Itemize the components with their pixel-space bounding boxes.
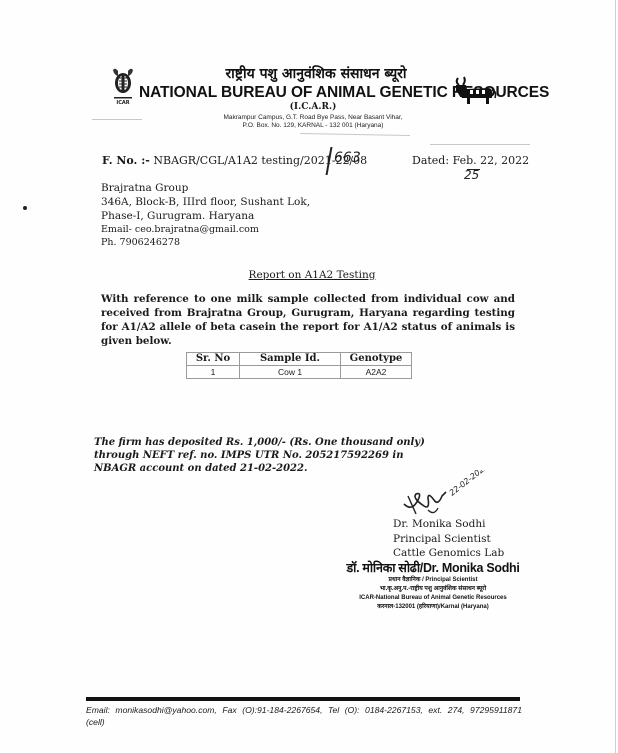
scan-artifact-line	[430, 144, 530, 145]
dated-label: Dated:	[412, 154, 449, 167]
date-year: , 2022	[494, 154, 529, 167]
recipient-email: Email- ceo.brajratna@gmail.com	[101, 223, 310, 236]
letter-date: Dated: Feb. 22, 2022	[412, 154, 529, 167]
parent-org: (I.C.A.R.)	[0, 102, 618, 112]
recipient-name: Brajratna Group	[101, 181, 310, 195]
table-row: 1 Cow 1 A2A2	[187, 366, 412, 379]
payment-note-line3: NBAGR account on dated 21-02-2022.	[94, 462, 425, 475]
payment-note-line2: through NEFT ref. no. IMPS UTR No. 20521…	[94, 449, 425, 462]
signatory-designation: Principal Scientist	[393, 532, 504, 547]
cell-genotype: A2A2	[341, 366, 412, 379]
stamp-location: करनाल-132001 (हरियाणा)/Karnal (Haryana)	[340, 603, 526, 612]
recipient-phone: Ph. 7906246278	[101, 236, 310, 249]
results-table: Sr. No Sample Id. Genotype 1 Cow 1 A2A2	[186, 352, 412, 379]
report-title: Report on A1A2 Testing	[0, 269, 618, 281]
stamp-org-hindi: भा.कृ.अनु.प.-राष्ट्रीय पशु आनुवंशिक संसा…	[340, 585, 526, 594]
file-number-label: F. No. :-	[102, 154, 150, 167]
official-stamp: डॉ. मोनिका सोढी/Dr. Monika Sodhi प्रधान …	[340, 561, 526, 612]
signatory-block: Dr. Monika Sodhi Principal Scientist Cat…	[393, 517, 504, 561]
signatory-lab: Cattle Genomics Lab	[393, 546, 504, 561]
footer-contact: Email: monikasodhi@yahoo.com, Fax (O):91…	[86, 704, 522, 728]
report-body: With reference to one milk sample collec…	[101, 292, 515, 348]
svg-text:22-02-2022: 22-02-2022	[448, 470, 490, 498]
page-edge	[615, 0, 616, 753]
signatory-name: Dr. Monika Sodhi	[393, 517, 504, 532]
footer-divider	[86, 697, 520, 701]
cell-sr-no: 1	[187, 366, 240, 379]
recipient-address: Brajratna Group 346A, Block-B, IIIrd flo…	[101, 181, 310, 249]
date-month: Feb.	[453, 154, 477, 167]
handwritten-date-mark: 25	[464, 168, 479, 182]
payment-note-line1: The firm has deposited Rs. 1,000/- (Rs. …	[94, 436, 425, 449]
org-name-hindi: राष्ट्रीय पशु आनुवंशिक संसाधन ब्यूरो	[0, 64, 618, 83]
handwritten-dispatch-number: 663	[334, 150, 361, 166]
scan-artifact-line	[300, 133, 410, 136]
column-header-sr-no: Sr. No	[187, 353, 240, 366]
table-header-row: Sr. No Sample Id. Genotype	[187, 353, 412, 366]
recipient-address-line2: Phase-I, Gurugram. Haryana	[101, 209, 310, 223]
stamp-org-english: ICAR-National Bureau of Animal Genetic R…	[340, 594, 526, 603]
cell-sample-id: Cow 1	[240, 366, 341, 379]
recipient-address-line1: 346A, Block-B, IIIrd floor, Sushant Lok,	[101, 195, 310, 209]
scan-artifact-line	[92, 119, 142, 120]
date-day: 22	[480, 154, 494, 167]
org-address-line2: P.O. Box. No. 129, KARNAL - 132 001 (Har…	[0, 122, 618, 129]
column-header-genotype: Genotype	[341, 353, 412, 366]
column-header-sample-id: Sample Id.	[240, 353, 341, 366]
stamp-name: डॉ. मोनिका सोढी/Dr. Monika Sodhi	[340, 561, 526, 576]
handwritten-signature: 22-02-2022	[398, 470, 508, 520]
payment-note: The firm has deposited Rs. 1,000/- (Rs. …	[94, 436, 425, 475]
scan-speck	[23, 206, 27, 210]
stamp-designation: प्रधान वैज्ञानिक / Principal Scientist	[340, 576, 526, 585]
